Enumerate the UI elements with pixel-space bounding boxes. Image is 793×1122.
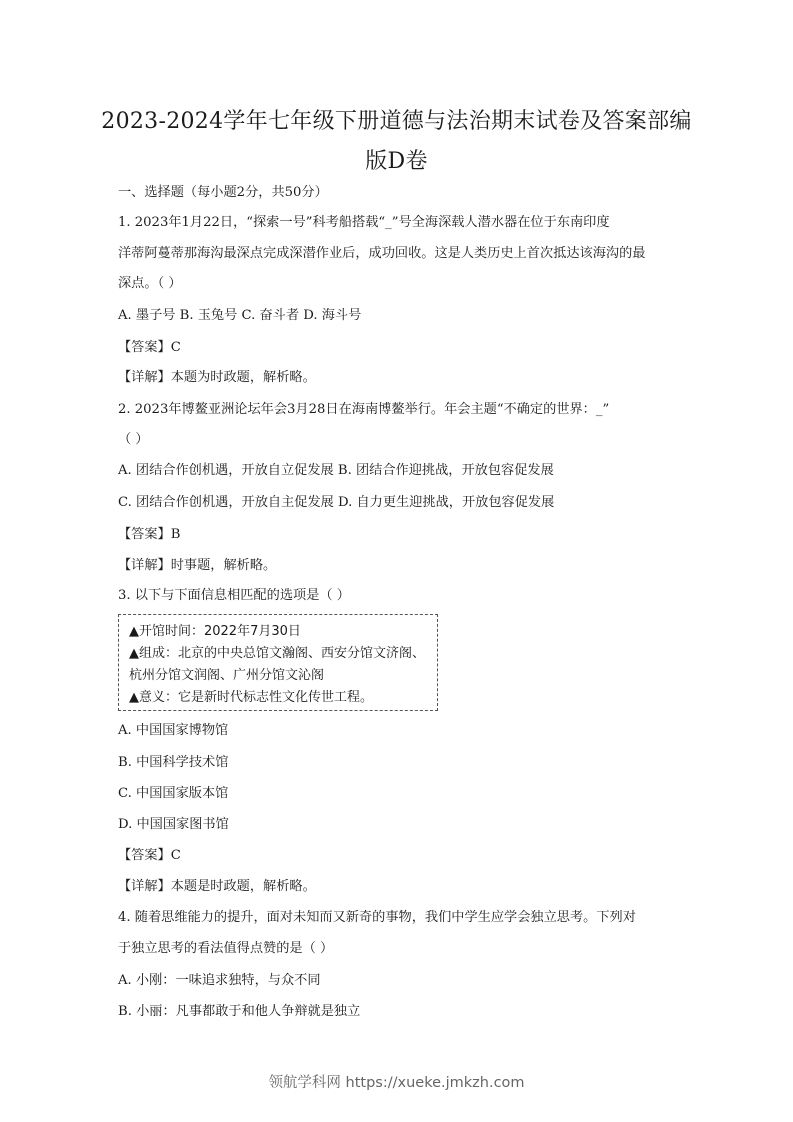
q3-option-b: B. 中国科学技术馆 bbox=[118, 755, 228, 771]
q2-options-line2: C. 团结合作创机遇，开放自主促发展 D. 自力更生迎挑战，开放包容促发展 bbox=[118, 495, 554, 511]
q1-answer: 【答案】C bbox=[118, 340, 181, 356]
q1-detail: 【详解】本题为时政题，解析略。 bbox=[118, 370, 316, 386]
q2-detail: 【详解】时事题，解析略。 bbox=[118, 558, 276, 574]
q4-option-b: B. 小丽：凡事都敢于和他人争辩就是独立 bbox=[118, 1004, 360, 1020]
q3-answer: 【答案】C bbox=[118, 848, 181, 864]
q3-detail: 【详解】本题是时政题，解析略。 bbox=[118, 879, 316, 895]
info-opening-date: ▲开馆时间：2022年7月30日 bbox=[129, 621, 429, 643]
section-heading: 一、选择题（每小题2分，共50分） bbox=[118, 185, 328, 201]
q4-stem-line1: 4. 随着思维能力的提升，面对未知而又新奇的事物，我们中学生应学会独立思考。下列… bbox=[118, 910, 636, 926]
info-composition-line2: 杭州分馆文润阁、广州分馆文沁阁 bbox=[129, 665, 429, 687]
document-title-line2: 版D卷 bbox=[0, 144, 793, 175]
q2-stem-line1: 2. 2023年博鳌亚洲论坛年会3月28日在海南博鳌举行。年会主题“不确定的世界… bbox=[118, 402, 609, 418]
q1-options: A. 墨子号 B. 玉兔号 C. 奋斗者 D. 海斗号 bbox=[118, 308, 361, 324]
q2-options-line1: A. 团结合作创机遇，开放自立促发展 B. 团结合作迎挑战，开放包容促发展 bbox=[118, 463, 554, 479]
info-composition-line1: ▲组成：北京的中央总馆文瀚阁、西安分馆文济阁、 bbox=[129, 643, 429, 665]
q3-option-a: A. 中国国家博物馆 bbox=[118, 723, 228, 739]
q3-stem: 3. 以下与下面信息相匹配的选项是（ ） bbox=[118, 588, 350, 604]
q4-stem-line2: 于独立思考的看法值得点赞的是（ ） bbox=[118, 941, 333, 957]
q3-info-box: ▲开馆时间：2022年7月30日 ▲组成：北京的中央总馆文瀚阁、西安分馆文济阁、… bbox=[118, 614, 438, 711]
q1-stem-line2: 洋蒂阿蔓蒂那海沟最深点完成深潜作业后，成功回收。这是人类历史上首次抵达该海沟的最 bbox=[118, 246, 646, 262]
q4-option-a: A. 小刚：一味追求独特，与众不同 bbox=[118, 973, 321, 989]
info-significance: ▲意义：它是新时代标志性文化传世工程。 bbox=[129, 687, 429, 709]
q1-stem-line3: 深点。（ ） bbox=[118, 276, 182, 292]
footer-watermark: 领航学科网 https://xueke.jmkzh.com bbox=[0, 1071, 793, 1092]
q3-option-d: D. 中国国家图书馆 bbox=[118, 817, 229, 833]
q2-answer: 【答案】B bbox=[118, 527, 180, 543]
q3-option-c: C. 中国国家版本馆 bbox=[118, 786, 228, 802]
document-title-line1: 2023-2024学年七年级下册道德与法治期末试卷及答案部编 bbox=[0, 104, 793, 135]
q1-stem-line1: 1. 2023年1月22日，“探索一号”科考船搭载“_”号全海深载人潜水器在位于… bbox=[118, 215, 610, 231]
q2-stem-line2: （ ） bbox=[118, 432, 149, 448]
